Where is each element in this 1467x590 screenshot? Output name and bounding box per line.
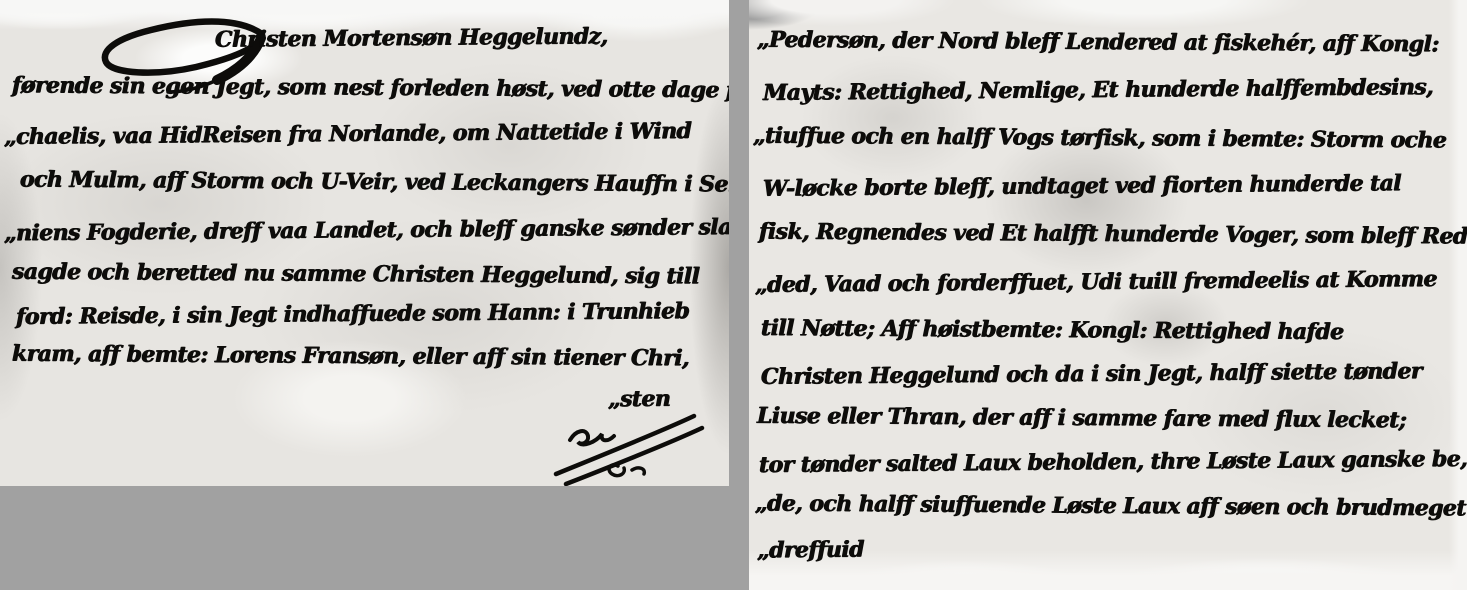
manuscript-line: „dreffuid: [757, 534, 864, 567]
manuscript-line: førende sin egen Jegt, som nest forleden…: [12, 69, 729, 107]
manuscript-line: Mayts: Rettighed, Nemlige, Et hunderde h…: [763, 71, 1433, 109]
manuscript-line: Christen Heggelund och da i sin Jegt, ha…: [761, 355, 1422, 393]
manuscript-line: Liuse eller Thran, der aff i samme fare …: [757, 400, 1406, 437]
manuscript-line: „Pedersøn, der Nord bleff Lendered at fi…: [757, 24, 1439, 61]
manuscript-line: sagde och beretted nu samme Christen Heg…: [12, 256, 700, 293]
manuscript-line: Christen Mortensøn Heggelundz,: [215, 20, 608, 55]
manuscript-line: till Nøtte; Aff høistbemte: Kongl: Retti…: [761, 312, 1344, 348]
manuscript-line: kram, aff bemte: Lorens Fransøn, eller a…: [12, 338, 689, 375]
manuscript-line: ford: Reisde, i sin Jegt indhaffuede som…: [16, 295, 690, 333]
signature-flourish: [548, 408, 723, 486]
manuscript-line: „chaelis, vaa HidReisen fra Norlande, om…: [4, 115, 692, 153]
manuscript-line: fisk, Regnendes ved Et halfft hunderde V…: [759, 216, 1467, 253]
manuscript-line: tor tønder salted Laux beholden, thre Lø…: [759, 443, 1467, 481]
manuscript-line: „tiuffue och en halff Vogs tørfisk, som …: [753, 120, 1446, 157]
manuscript-line: „niens Fogderie, dreff vaa Landet, och b…: [4, 211, 729, 250]
scan-background: Christen Mortensøn Heggelundz, førende s…: [0, 0, 1467, 590]
manuscript-line: W-løcke borte bleff, undtaget ved fiorte…: [763, 167, 1401, 205]
manuscript-line: och Mulm, aff Storm och U-Veir, ved Leck…: [20, 163, 729, 200]
manuscript-line: „ded, Vaad och forderffuet, Udi tuill fr…: [755, 263, 1437, 301]
manuscript-line: „de, och halff siuffuende Løste Laux aff…: [755, 487, 1467, 524]
left-page: Christen Mortensøn Heggelundz, førende s…: [0, 0, 729, 486]
right-page: „Pedersøn, der Nord bleff Lendered at fi…: [749, 0, 1467, 590]
